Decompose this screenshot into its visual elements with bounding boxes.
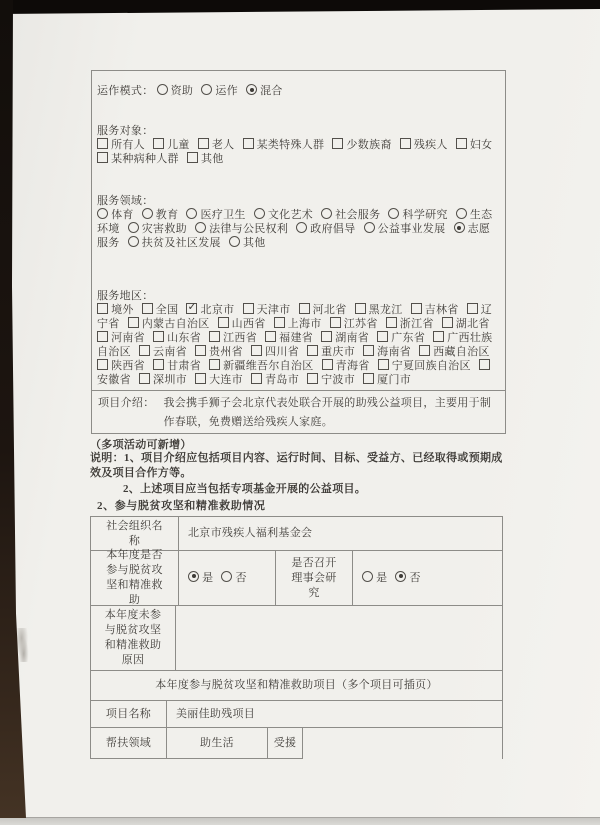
radio-icon[interactable]: [142, 208, 153, 219]
checkbox-icon[interactable]: [195, 345, 206, 356]
radio-option: 混合: [246, 85, 283, 97]
checkbox-option: 山东省: [153, 332, 201, 344]
table-row: 社会组织名称 北京市残疾人福利基金会: [91, 517, 503, 551]
checkbox-icon[interactable]: [378, 359, 389, 370]
checkbox-option: 妇女: [456, 139, 493, 151]
option-label: 山东省: [167, 332, 201, 344]
radio-option: 运作: [201, 85, 238, 97]
radio-icon[interactable]: [128, 236, 139, 247]
service-field-label: 服务领域：: [97, 194, 501, 208]
checkbox-option: 山西省: [218, 318, 266, 330]
option-label: 少数族裔: [347, 139, 392, 151]
checkbox-option: 其他: [187, 153, 224, 165]
checkbox-icon[interactable]: [139, 345, 150, 356]
service-target-section: 服务对象： 所有人 儿童 老人 某类特殊人群 少数族裔 残疾人 妇女 某种病种人…: [97, 124, 501, 166]
option-label: 重庆市: [321, 346, 355, 358]
multi-activity-note: （多项活动可新增）: [90, 436, 192, 452]
checkbox-option: 某类特殊人群: [243, 139, 325, 151]
checkbox-icon[interactable]: [97, 359, 108, 370]
radio-icon[interactable]: [221, 571, 232, 582]
checkbox-icon[interactable]: [322, 359, 333, 370]
option-label: 政府倡导: [310, 223, 355, 235]
option-label: 福建省: [279, 332, 313, 344]
checkbox-option: 青岛市: [251, 374, 299, 386]
aid-field-value-cell[interactable]: 助生活: [167, 728, 268, 759]
option-label: 教育: [156, 209, 179, 221]
radio-checked-icon[interactable]: [246, 84, 257, 95]
checkbox-icon[interactable]: [411, 303, 422, 314]
project-intro-label: 项目介绍：: [98, 394, 155, 433]
checkbox-icon[interactable]: [386, 317, 397, 328]
checkbox-icon[interactable]: [153, 331, 164, 342]
project-name-value: 美丽佳助残项目: [176, 707, 255, 722]
checkbox-icon[interactable]: [97, 331, 108, 342]
projects-header: 本年度参与脱贫攻坚和精准救助项目（多个项目可插页）: [155, 678, 438, 693]
project-name-value-cell[interactable]: 美丽佳助残项目: [167, 701, 503, 727]
checkbox-icon[interactable]: [321, 331, 332, 342]
table-row: 帮扶领域 助生活 受援: [91, 728, 503, 759]
service-target-options: 所有人 儿童 老人 某类特殊人群 少数族裔 残疾人 妇女 某种病种人群 其他: [97, 139, 497, 165]
checkbox-option: 四川省: [251, 346, 299, 358]
radio-checked-icon[interactable]: [454, 222, 465, 233]
option-label: 是: [376, 572, 387, 584]
scan-edge-bottom: [0, 817, 600, 825]
option-label: 青海省: [336, 360, 370, 372]
checkbox-icon[interactable]: [209, 359, 220, 370]
checkbox-icon[interactable]: [355, 303, 366, 314]
org-name-value-cell[interactable]: 北京市残疾人福利基金会: [179, 517, 503, 550]
checkbox-icon[interactable]: [243, 303, 254, 314]
poverty-relief-table: 社会组织名称 北京市残疾人福利基金会 本年度是否参与脱贫攻坚和精准救助 是 否 …: [90, 516, 503, 759]
checkbox-option: 上海市: [274, 318, 322, 330]
option-label: 科学研究: [403, 209, 448, 221]
radio-icon[interactable]: [362, 571, 373, 582]
checkbox-icon[interactable]: [218, 317, 229, 328]
radio-option: 体育: [97, 209, 134, 221]
option-label: 天津市: [257, 304, 291, 316]
aid-recipient-label-cell: 受援: [268, 728, 303, 759]
option-label: 灾害救助: [142, 223, 187, 235]
checkbox-option: 湖南省: [321, 332, 369, 344]
checkbox-option: 河南省: [97, 332, 145, 344]
checkbox-icon[interactable]: [307, 373, 318, 384]
radio-option: 文化艺术: [254, 209, 313, 221]
checkbox-option: 宁夏回族自治区: [378, 360, 471, 372]
checkbox-option: 儿童: [153, 139, 190, 151]
option-label: 体育: [111, 209, 134, 221]
table-row: 项目名称 美丽佳助残项目: [91, 701, 503, 728]
radio-icon[interactable]: [157, 84, 168, 95]
checkbox-option: 浙江省: [386, 318, 434, 330]
checkbox-option: 广东省: [377, 332, 425, 344]
checkbox-option: 重庆市: [307, 346, 355, 358]
checkbox-icon[interactable]: [377, 331, 388, 342]
option-label: 全国: [156, 304, 179, 316]
radio-icon[interactable]: [97, 208, 108, 219]
radio-option: 是: [362, 572, 387, 584]
council-label: 是否召开理事会研究: [286, 556, 342, 601]
checkbox-option: 境外: [97, 304, 134, 316]
radio-option: 政府倡导: [296, 223, 355, 235]
checkbox-icon[interactable]: [332, 138, 343, 149]
option-label: 内蒙古自治区: [142, 318, 210, 330]
radio-option: 扶贫及社区发展: [128, 237, 221, 249]
radio-icon[interactable]: [364, 222, 375, 233]
checkbox-icon[interactable]: [198, 138, 209, 149]
checkbox-option: 吉林省: [411, 304, 459, 316]
radio-option: 是: [188, 572, 213, 584]
option-label: 否: [410, 572, 421, 584]
option-label: 扶贫及社区发展: [142, 237, 221, 249]
checkbox-option: 全国: [142, 304, 179, 316]
instruction-line-1: 说明：1、项目介绍应包括项目内容、运行时间、目标、受益方、已经取得或预期成效及项…: [90, 451, 507, 480]
option-label: 河北省: [313, 304, 347, 316]
option-label: 浙江省: [400, 318, 434, 330]
radio-option: 社会服务: [321, 209, 380, 221]
checkbox-icon[interactable]: [442, 317, 453, 328]
checkbox-icon[interactable]: [265, 331, 276, 342]
option-label: 老人: [212, 139, 235, 151]
option-label: 江西省: [223, 332, 257, 344]
checkbox-icon[interactable]: [456, 138, 467, 149]
projects-header-cell: 本年度参与脱贫攻坚和精准救助项目（多个项目可插页）: [91, 671, 503, 700]
checkbox-icon[interactable]: [299, 303, 310, 314]
radio-icon[interactable]: [296, 222, 307, 233]
option-label: 山西省: [232, 318, 266, 330]
scan-edge-top: [0, 0, 600, 14]
checkbox-option: 海南省: [363, 346, 411, 358]
checkbox-option: 西藏自治区: [419, 346, 490, 358]
council-options: 是 否: [362, 571, 426, 586]
option-label: 青岛市: [265, 374, 299, 386]
option-label: 江苏省: [344, 318, 378, 330]
checkbox-option: 贵州省: [195, 346, 243, 358]
radio-option: 教育: [142, 209, 179, 221]
option-label: 是: [202, 572, 213, 584]
radio-option: 否: [395, 572, 420, 584]
checkbox-icon[interactable]: [195, 373, 206, 384]
checkbox-option: 江苏省: [330, 318, 378, 330]
option-label: 社会服务: [335, 209, 380, 221]
option-label: 某类特殊人群: [257, 139, 325, 151]
radio-checked-icon[interactable]: [395, 571, 406, 582]
radio-icon[interactable]: [321, 208, 332, 219]
checkbox-icon[interactable]: [187, 152, 198, 163]
option-label: 其他: [243, 237, 266, 249]
checkbox-icon[interactable]: [307, 345, 318, 356]
option-label: 四川省: [265, 346, 299, 358]
checkbox-option: 陕西省: [97, 360, 145, 372]
service-target-label: 服务对象：: [97, 124, 501, 138]
option-label: 深圳市: [153, 374, 187, 386]
checkbox-option: 厦门市: [363, 374, 411, 386]
option-label: 河南省: [111, 332, 145, 344]
option-label: 资助: [171, 85, 194, 97]
option-label: 云南省: [153, 346, 187, 358]
checkbox-option: 天津市: [243, 304, 291, 316]
radio-option: 灾害救助: [128, 223, 187, 235]
checkbox-icon[interactable]: [363, 373, 374, 384]
option-label: 儿童: [167, 139, 190, 151]
radio-option: 公益事业发展: [364, 223, 446, 235]
radio-icon[interactable]: [195, 222, 206, 233]
radio-icon[interactable]: [229, 236, 240, 247]
option-label: 混合: [260, 85, 283, 97]
radio-option: 法律与公民权利: [195, 223, 288, 235]
checkbox-option: 河北省: [299, 304, 347, 316]
option-label: 宁夏回族自治区: [392, 360, 471, 372]
option-label: 黑龙江: [369, 304, 403, 316]
checkbox-icon[interactable]: [419, 345, 430, 356]
option-label: 否: [236, 572, 247, 584]
radio-checked-icon[interactable]: [188, 571, 199, 582]
option-label: 境外: [111, 304, 134, 316]
participate-value-cell: 是 否: [179, 551, 276, 605]
checkbox-icon[interactable]: [97, 138, 108, 149]
checkbox-option: 深圳市: [139, 374, 187, 386]
checkbox-icon[interactable]: [479, 359, 490, 370]
option-label: 北京市: [201, 304, 235, 316]
radio-option: 医疗卫生: [186, 209, 245, 221]
no-participate-label: 本年度未参与脱贫攻坚和精准救助原因: [101, 608, 165, 668]
checkbox-option: 大连市: [195, 374, 243, 386]
option-label: 湖南省: [335, 332, 369, 344]
project-intro-text: 我会携手狮子会北京代表处联合开展的助残公益项目，主要用于制作春联，免费赠送给残疾…: [164, 394, 502, 433]
checkbox-icon[interactable]: [274, 317, 285, 328]
option-label: 安徽省: [97, 374, 131, 386]
checkbox-icon[interactable]: [142, 303, 153, 314]
checkbox-icon[interactable]: [139, 373, 150, 384]
checkbox-option: 江西省: [209, 332, 257, 344]
checkbox-icon[interactable]: [153, 138, 164, 149]
checkbox-icon[interactable]: [467, 303, 478, 314]
radio-option: 科学研究: [388, 209, 447, 221]
checkbox-option: 某种病种人群: [97, 153, 179, 165]
checkbox-option: 老人: [198, 139, 235, 151]
option-label: 广东省: [391, 332, 425, 344]
checkbox-option: 内蒙古自治区: [128, 318, 210, 330]
option-label: 海南省: [377, 346, 411, 358]
project-name-label-cell: 项目名称: [91, 701, 167, 727]
checkbox-icon[interactable]: [433, 331, 444, 342]
table-row: 本年度参与脱贫攻坚和精准救助项目（多个项目可插页）: [91, 671, 503, 701]
scanned-form-page: 运作模式： 资助 运作 混合 服务对象： 所有人 儿童 老人 某类特殊人群 少数…: [0, 0, 600, 825]
option-label: 妇女: [470, 139, 493, 151]
project-info-box: 运作模式： 资助 运作 混合 服务对象： 所有人 儿童 老人 某类特殊人群 少数…: [91, 70, 506, 434]
org-name-value: 北京市残疾人福利基金会: [188, 526, 312, 541]
option-label: 厦门市: [377, 374, 411, 386]
option-label: 陕西省: [111, 360, 145, 372]
radio-icon[interactable]: [128, 222, 139, 233]
project-name-label: 项目名称: [106, 707, 151, 722]
option-label: 某种病种人群: [111, 153, 179, 165]
checkbox-option: 所有人: [97, 139, 145, 151]
radio-option: 否: [221, 572, 246, 584]
checkbox-icon[interactable]: [209, 331, 220, 342]
org-name-label: 社会组织名称: [101, 519, 168, 549]
aid-recipient-value-cell[interactable]: [303, 728, 503, 759]
checkbox-icon[interactable]: [97, 303, 108, 314]
participate-options: 是 否: [188, 571, 252, 586]
checkbox-option: 福建省: [265, 332, 313, 344]
council-value-cell: 是 否: [353, 551, 503, 605]
option-label: 吉林省: [425, 304, 459, 316]
radio-option: 资助: [157, 85, 194, 97]
section2-title: 2、参与脱贫攻坚和精准救助情况: [97, 497, 266, 513]
instructions-block: 说明：1、项目介绍应包括项目内容、运行时间、目标、受益方、已经取得或预期成效及项…: [90, 451, 507, 497]
option-label: 运作: [215, 85, 238, 97]
option-label: 其他: [201, 153, 224, 165]
checkbox-option: 甘肃省: [153, 360, 201, 372]
service-region-section: 服务地区： 境外 全国 北京市 天津市 河北省 黑龙江 吉林省 辽宁省 内蒙古自…: [97, 289, 501, 387]
checkbox-option: 宁波市: [307, 374, 355, 386]
checkbox-icon[interactable]: [330, 317, 341, 328]
project-intro-row: 项目介绍： 我会携手狮子会北京代表处联合开展的助残公益项目，主要用于制作春联，免…: [92, 390, 505, 433]
radio-icon[interactable]: [201, 84, 212, 95]
checkbox-option: 湖北省: [442, 318, 490, 330]
option-label: 湖北省: [456, 318, 490, 330]
checkbox-icon[interactable]: [251, 345, 262, 356]
checkbox-icon[interactable]: [251, 373, 262, 384]
option-label: 所有人: [111, 139, 145, 151]
option-label: 文化艺术: [268, 209, 313, 221]
checkbox-icon[interactable]: [243, 138, 254, 149]
checkbox-icon[interactable]: [128, 317, 139, 328]
checkbox-icon[interactable]: [153, 359, 164, 370]
option-label: 宁波市: [321, 374, 355, 386]
checkbox-option: 残疾人: [400, 139, 448, 151]
service-field-options: 体育 教育 医疗卫生 文化艺术 社会服务 科学研究 生态环境 灾害救助 法律与公…: [97, 209, 492, 249]
aid-field-label: 帮扶领域: [106, 736, 151, 751]
aid-field-label-cell: 帮扶领域: [91, 728, 167, 759]
option-label: 西藏自治区: [433, 346, 490, 358]
scan-edge-left: [0, 0, 28, 818]
table-row: 本年度未参与脱贫攻坚和精准救助原因: [91, 606, 503, 671]
option-label: 公益事业发展: [378, 223, 446, 235]
instruction-line-2: 2、上述项目应当包括专项基金开展的公益项目。: [90, 482, 507, 497]
checkbox-option: 黑龙江: [355, 304, 403, 316]
no-participate-label-cell: 本年度未参与脱贫攻坚和精准救助原因: [91, 606, 176, 670]
radio-icon[interactable]: [456, 208, 467, 219]
table-row: 本年度是否参与脱贫攻坚和精准救助 是 否 是否召开理事会研究 是 否: [91, 551, 503, 606]
checkbox-icon[interactable]: [97, 152, 108, 163]
checkbox-option: 北京市: [186, 304, 234, 316]
participate-label-cell: 本年度是否参与脱贫攻坚和精准救助: [91, 551, 179, 605]
checkbox-icon[interactable]: [363, 345, 374, 356]
option-label: 残疾人: [414, 139, 448, 151]
radio-option: 其他: [229, 237, 266, 249]
service-region-label: 服务地区：: [97, 289, 501, 303]
aid-field-value: 助生活: [200, 736, 234, 751]
participate-label: 本年度是否参与脱贫攻坚和精准救助: [101, 548, 168, 608]
option-label: 贵州省: [209, 346, 243, 358]
option-label: 上海市: [288, 318, 322, 330]
checkbox-option: 少数族裔: [332, 139, 391, 151]
org-name-label-cell: 社会组织名称: [91, 517, 179, 550]
option-label: 法律与公民权利: [209, 223, 288, 235]
service-region-options: 境外 全国 北京市 天津市 河北省 黑龙江 吉林省 辽宁省 内蒙古自治区 山西省…: [97, 304, 495, 386]
option-label: 新疆维吾尔自治区: [223, 360, 313, 372]
checkbox-option: 青海省: [322, 360, 370, 372]
radio-icon[interactable]: [186, 208, 197, 219]
option-label: 大连市: [209, 374, 243, 386]
checkbox-option: 云南省: [139, 346, 187, 358]
no-participate-value-cell[interactable]: [176, 606, 503, 670]
option-label: 医疗卫生: [201, 209, 246, 221]
council-label-cell: 是否召开理事会研究: [276, 551, 353, 605]
checkbox-option: 新疆维吾尔自治区: [209, 360, 313, 372]
operation-mode-label: 运作模式：: [97, 85, 154, 97]
radio-icon[interactable]: [388, 208, 399, 219]
checkbox-checked-icon[interactable]: [186, 303, 197, 314]
option-label: 甘肃省: [167, 360, 201, 372]
operation-mode-section: 运作模式： 资助 运作 混合: [97, 84, 501, 98]
operation-mode-options: 资助 运作 混合: [157, 85, 288, 97]
radio-icon[interactable]: [254, 208, 265, 219]
service-field-section: 服务领域： 体育 教育 医疗卫生 文化艺术 社会服务 科学研究 生态环境 灾害救…: [97, 194, 501, 250]
checkbox-icon[interactable]: [400, 138, 411, 149]
aid-recipient-label: 受援: [274, 736, 297, 751]
